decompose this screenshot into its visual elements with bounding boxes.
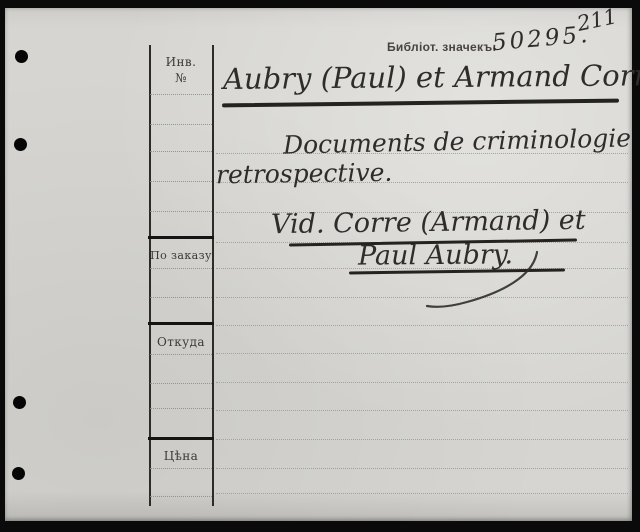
punch-hole <box>12 467 25 480</box>
column-ruled-line <box>150 468 212 469</box>
column-ruled-line <box>150 268 212 269</box>
writing-ruled-line <box>216 410 628 411</box>
column-ruled-line <box>150 94 212 95</box>
handwritten-title-line2: retrospective. <box>216 158 393 189</box>
writing-ruled-line <box>216 382 628 383</box>
column-section-bar <box>148 437 214 440</box>
column-section-bar <box>148 236 214 239</box>
pen-flourish-stroke <box>415 246 555 316</box>
inventory-label-line2: № <box>149 70 213 86</box>
column-section-bar <box>148 322 214 325</box>
column-ruled-line <box>150 354 212 355</box>
price-label: Цѣна <box>149 448 213 464</box>
handwritten-author-heading: Aubry (Paul) et Armand Corre. <box>223 58 640 96</box>
handwritten-cross-reference-line1: Vid. Corre (Armand) et <box>271 205 586 240</box>
column-ruled-line <box>150 181 212 182</box>
column-ruled-line <box>150 297 212 298</box>
writing-ruled-line <box>216 325 628 326</box>
origin-label: Откуда <box>149 334 213 350</box>
library-mark-label: Библіот. значекъ: <box>387 40 497 54</box>
writing-ruled-line <box>216 353 628 354</box>
punch-hole <box>14 138 27 151</box>
column-ruled-line <box>150 496 212 497</box>
writing-ruled-line <box>216 468 628 469</box>
punch-hole <box>15 50 28 63</box>
column-ruled-line <box>150 408 212 409</box>
column-ruled-line <box>150 124 212 125</box>
order-label: По заказу <box>149 248 213 264</box>
scanned-catalog-card: Инв. № По заказу Откуда Цѣна Библіот. зн… <box>0 0 640 532</box>
column-ruled-line <box>150 151 212 152</box>
writing-ruled-line <box>216 493 628 494</box>
punch-hole <box>13 396 26 409</box>
column-ruled-line <box>150 211 212 212</box>
inventory-label-line1: Инв. <box>149 54 213 70</box>
inventory-number-label: Инв. № <box>149 54 213 86</box>
writing-ruled-line <box>216 439 628 440</box>
column-ruled-line <box>150 383 212 384</box>
